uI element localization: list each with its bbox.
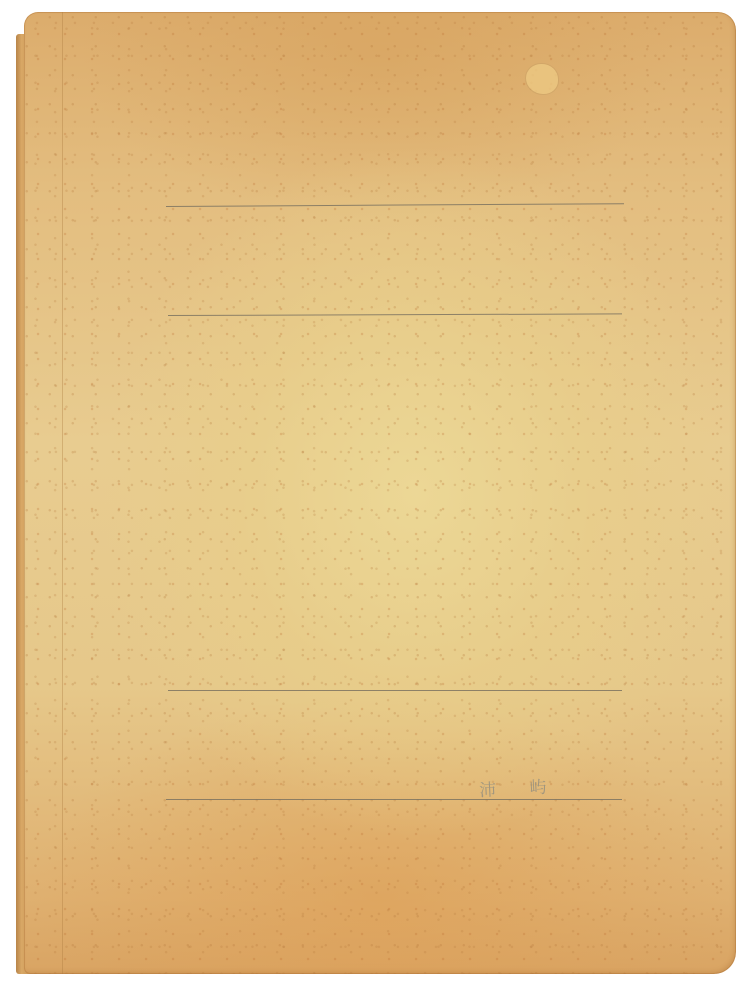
photo-stage: 沛 屿 — [0, 0, 752, 1000]
ruled-line-2 — [168, 313, 622, 316]
handwritten-pencil-note: 沛 屿 — [478, 772, 561, 801]
folder-cover: 沛 屿 — [24, 12, 736, 974]
ruled-line-3 — [168, 690, 622, 691]
spine-fold-line — [62, 12, 63, 974]
ruled-line-4 — [166, 799, 622, 800]
ruled-line-1 — [166, 203, 624, 207]
water-stain — [526, 64, 558, 94]
